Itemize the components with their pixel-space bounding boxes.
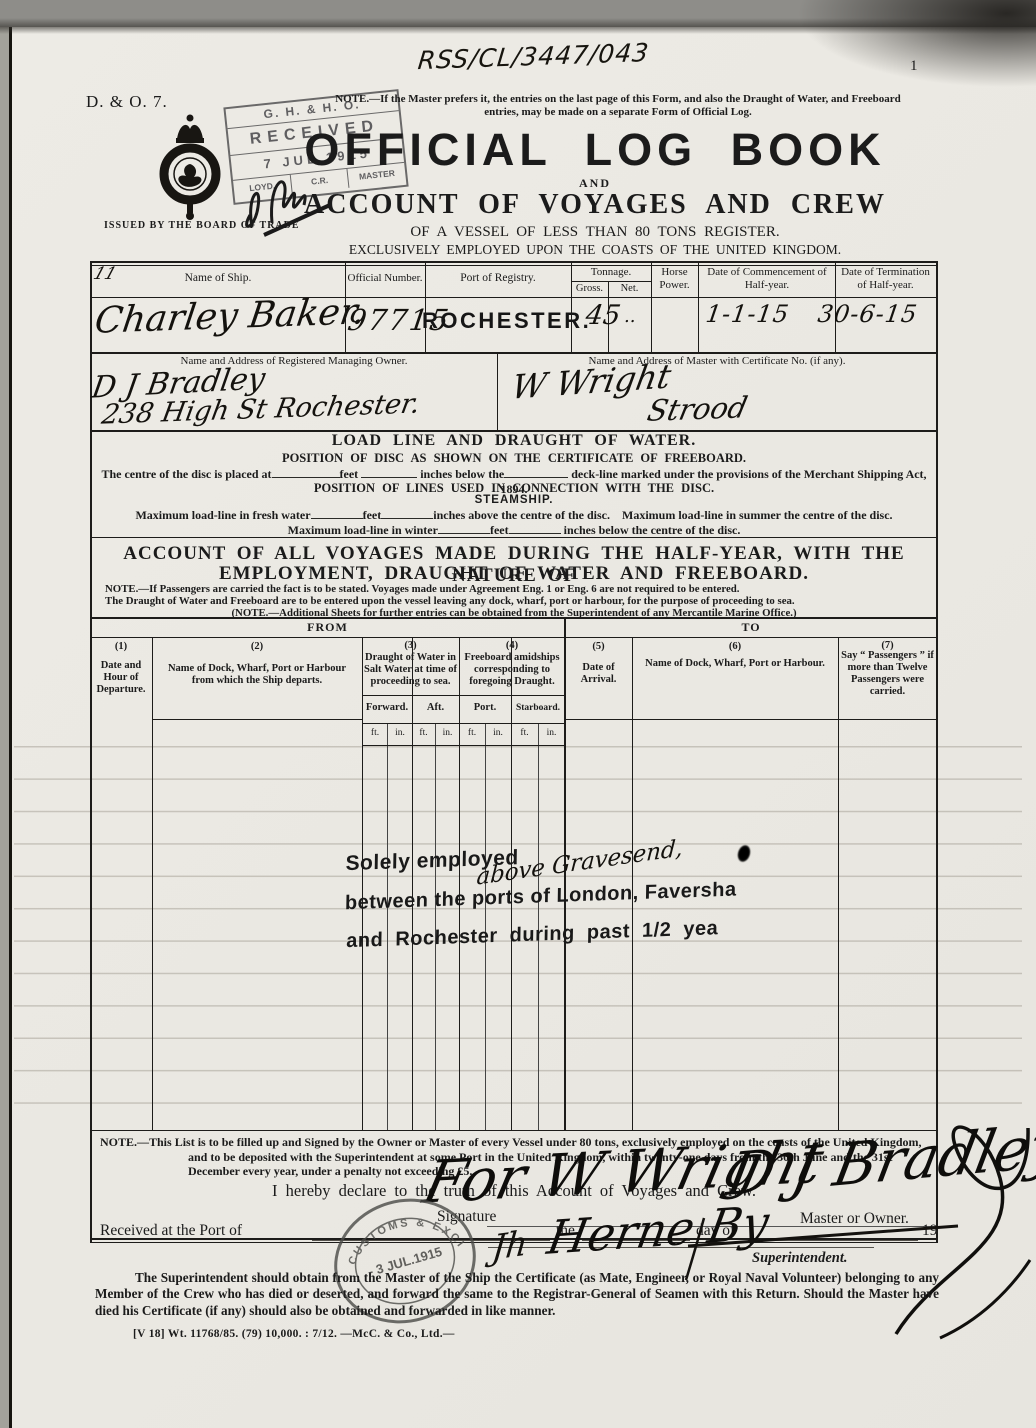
header-official-number: Official Number.	[346, 272, 424, 284]
col1-header: Date and Hour of Departure.	[92, 660, 150, 696]
subtitle-coasts: EXCLUSIVELY EMPLOYED UPON THE COASTS OF …	[250, 242, 940, 258]
header-commencement: Date of Commencement of Half-year.	[700, 266, 834, 292]
col4-number: (4)	[460, 640, 564, 651]
voyages-note2: The Draught of Water and Freeboard are t…	[105, 595, 935, 607]
col3-number: (3)	[363, 640, 458, 651]
value-horse-power: ..	[624, 306, 635, 327]
paper-torn-edge	[9, 27, 12, 1428]
account-title: ACCOUNT OF VOYAGES AND CREW	[250, 189, 940, 221]
header-name-of-ship: Name of Ship.	[92, 272, 344, 284]
form-border-left	[90, 261, 92, 1242]
col2-header: Name of Dock, Wharf, Port or Harbour fro…	[157, 663, 357, 687]
header-horse-power: Horse Power.	[652, 266, 697, 292]
owner-header: Name and Address of Registered Managing …	[92, 355, 496, 367]
ft-label-4: ft.	[513, 728, 536, 738]
fresh-water-line: Maximum load-line in fresh waterfeetinch…	[92, 507, 936, 523]
master-address-handwritten: Strood	[644, 390, 750, 428]
page-number: 1	[910, 58, 918, 75]
header-tonnage: Tonnage.	[572, 266, 650, 278]
subheader-aft: Aft.	[412, 702, 459, 714]
header-tonnage-net: Net.	[609, 283, 650, 294]
value-tonnage-net: 45	[584, 300, 623, 331]
form-code: D. & O. 7.	[86, 92, 168, 112]
subheader-forward: Forward.	[362, 702, 412, 714]
form-border-top	[90, 261, 938, 263]
header-termination: Date of Termination of Half-year.	[836, 266, 935, 292]
in-label-3: in.	[487, 728, 509, 738]
steamship-label: STEAMSHIP.	[90, 494, 938, 506]
col4-header: Freeboard amidships corresponding to for…	[461, 652, 563, 688]
value-termination: 30-6-15	[816, 300, 920, 328]
col6-header: Name of Dock, Wharf, Port or Harbour.	[634, 658, 836, 670]
col5-header: Date of Arrival.	[567, 662, 630, 686]
col6-number: (6)	[633, 641, 837, 652]
footer-imprint: [V 18] Wt. 11768/85. (79) 10,000. : 7/12…	[133, 1328, 455, 1340]
main-title: OFFICIAL LOG BOOK	[250, 124, 940, 176]
header-tonnage-gross: Gross.	[572, 283, 607, 294]
scan-corner-smudge	[790, 0, 1036, 90]
voyages-heading-line2: EMPLOYMENT, DRAUGHT OF WATER AND FREEBOA…	[90, 563, 938, 585]
top-note: NOTE.—If the Master prefers it, the entr…	[318, 93, 918, 119]
received-at-label: Received at the Port of	[100, 1222, 242, 1240]
superintendent-note: The Superintendent should obtain from th…	[95, 1270, 939, 1319]
value-port-of-registry-stamped: ROCHESTER.	[422, 308, 591, 334]
winter-line: Maximum load-line in winterfeet inches b…	[92, 522, 936, 538]
from-label: FROM	[90, 620, 565, 635]
handwritten-initials-jh: Jh	[490, 1223, 529, 1269]
col5-number: (5)	[566, 641, 631, 652]
col7-header: Say “ Passengers ” if more than Twelve P…	[840, 650, 935, 698]
ft-label-1: ft.	[364, 728, 386, 738]
in-label-1: in.	[389, 728, 411, 738]
ft-label-3: ft.	[461, 728, 483, 738]
to-label: TO	[565, 620, 937, 635]
position-disc-label: POSITION OF DISC AS SHOWN ON THE CERTIFI…	[90, 451, 938, 466]
board-of-trade-crest-icon	[146, 112, 234, 220]
subheader-starboard: Starboard.	[511, 702, 565, 714]
voyages-note1: NOTE.—If Passengers are carried the fact…	[105, 583, 935, 595]
scanned-document-page: RSS/CL/3447/043 1 D. & O. 7. ISSUED BY T…	[0, 0, 1036, 1428]
col2-number: (2)	[154, 641, 360, 652]
col1-number: (1)	[92, 641, 150, 652]
subheader-port: Port.	[459, 702, 511, 714]
load-line-title: LOAD LINE AND DRAUGHT OF WATER.	[90, 432, 938, 450]
in-label-4: in.	[540, 728, 563, 738]
col3-header: Draught of Water in Salt Water at time o…	[364, 652, 457, 688]
subtitle-tons: OF A VESSEL OF LESS THAN 80 TONS REGISTE…	[250, 224, 940, 241]
value-commencement: 1-1-15	[704, 300, 791, 328]
scan-backdrop-left	[0, 27, 9, 1428]
header-port-of-registry: Port of Registry.	[426, 272, 570, 284]
ft-label-2: ft.	[413, 728, 434, 738]
in-label-2: in.	[437, 728, 458, 738]
